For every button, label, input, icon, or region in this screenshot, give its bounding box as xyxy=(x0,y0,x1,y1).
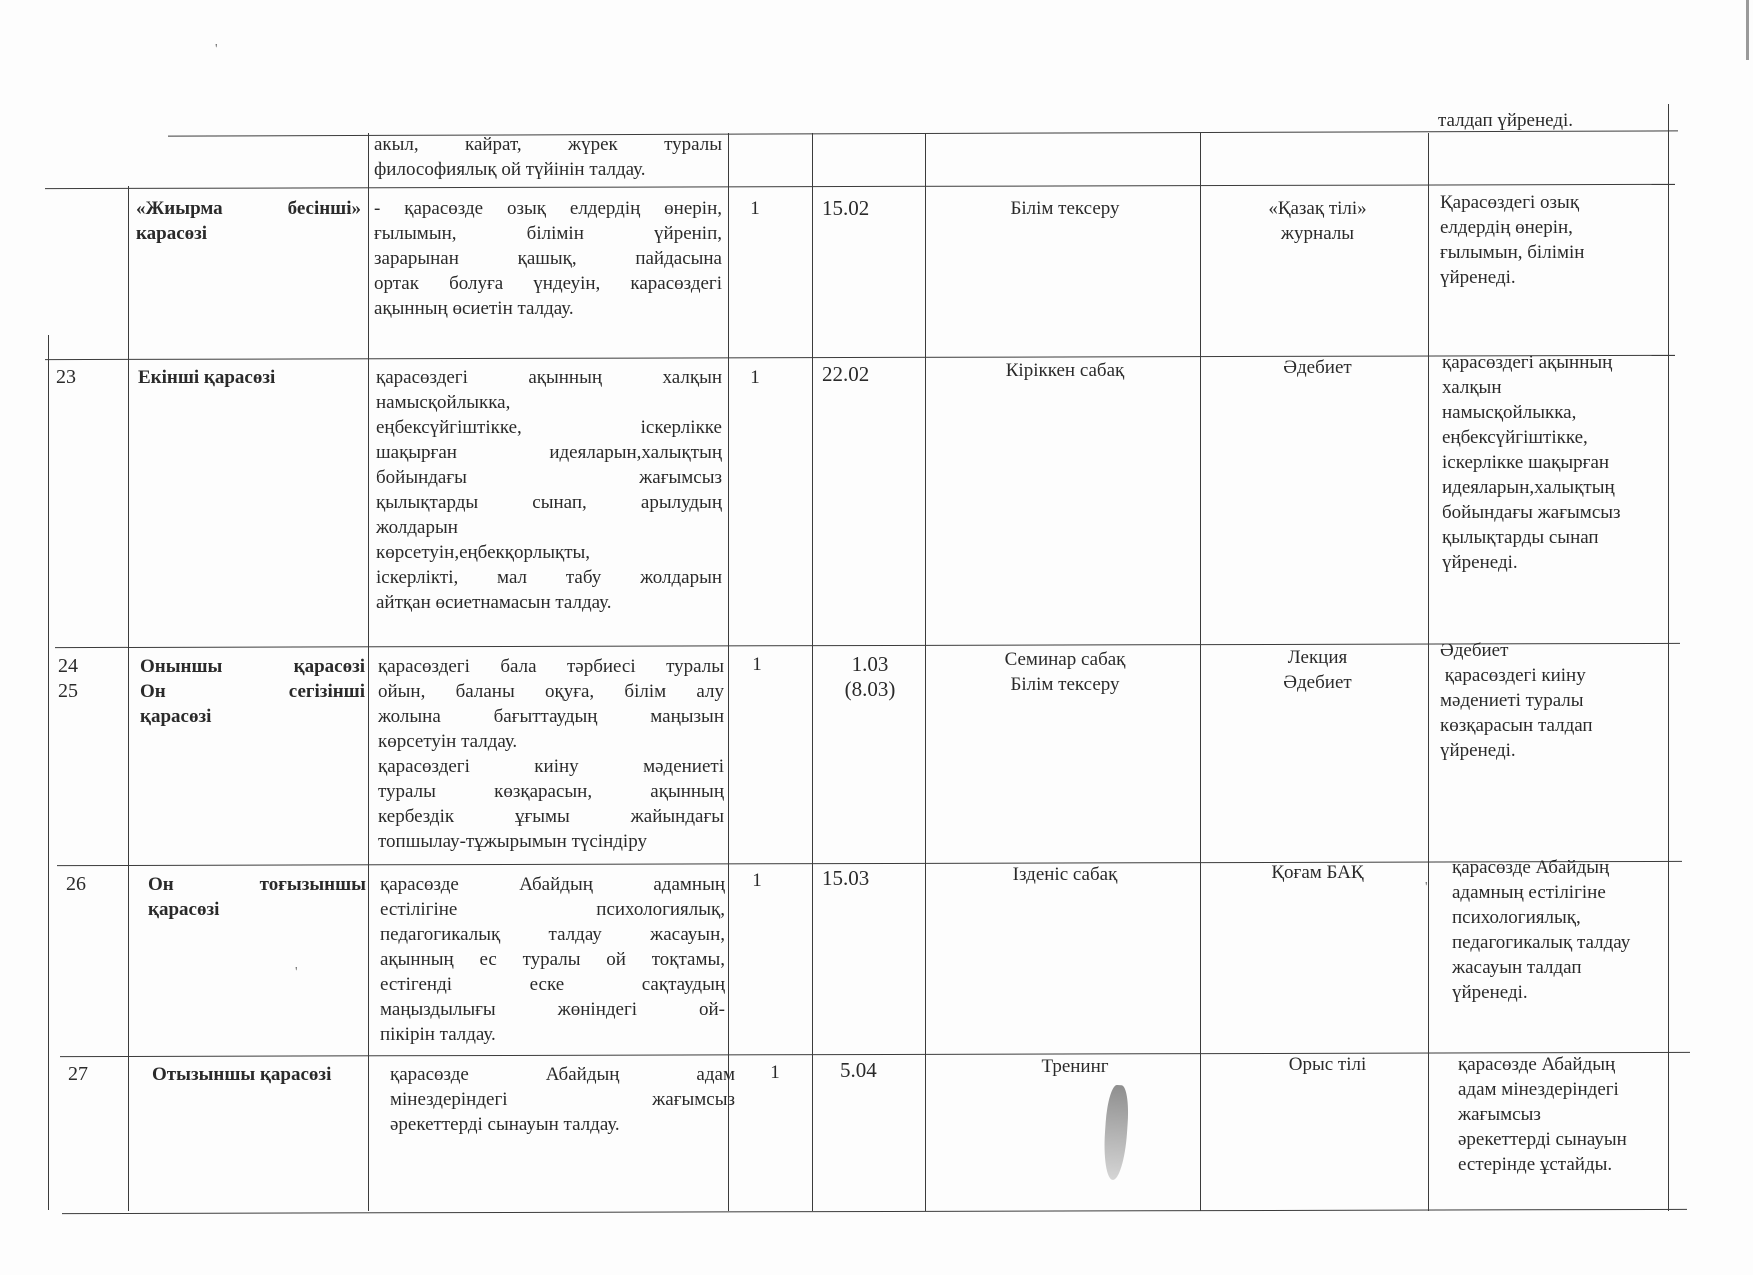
row-divider xyxy=(60,1052,1690,1057)
row4-integration: Қоғам БАҚ xyxy=(1205,860,1430,885)
col-border-left xyxy=(48,335,49,1210)
row3-integration: Лекция Әдебиет xyxy=(1205,645,1430,695)
row3-hours: 1 xyxy=(742,652,772,677)
row5-outcome: қарасөзде Абайдың адам мінездеріндегі жа… xyxy=(1458,1052,1688,1177)
row4-lesson-type: Ізденіс сабақ xyxy=(930,862,1200,887)
scan-dust-mark: ' xyxy=(295,965,298,981)
row2-goal: қарасөздегі ақынның халқын намысқойлыкка… xyxy=(376,365,722,615)
row1-integration: «Қазақ тілі» журналы xyxy=(1205,196,1430,246)
row2-integration: Әдебиет xyxy=(1205,355,1430,380)
row1-hours: 1 xyxy=(740,196,770,221)
row4-goal: қарасөзде Абайдың адамның естілігіне пси… xyxy=(380,872,725,1047)
row5-goal: қарасөзде Абайдың адам мінездеріндегі жа… xyxy=(390,1062,735,1137)
row1-goal: - қарасөзде озық елдердің өнерін, ғылымы… xyxy=(374,196,722,321)
col-border xyxy=(128,186,129,1211)
row2-number: 23 xyxy=(56,365,116,390)
row4-number: 26 xyxy=(66,872,126,897)
scan-dust-mark: ' xyxy=(1425,880,1428,896)
row5-date: 5.04 xyxy=(840,1058,940,1083)
row1-topic: «Жиырма бесінші» карасөзі xyxy=(136,196,361,246)
row5-lesson-type: Тренинг xyxy=(940,1054,1210,1079)
scan-dust-mark: ' xyxy=(215,42,218,58)
row-divider xyxy=(55,643,1680,648)
scanned-document-page: ' акыл, кайрат, жүрек туралы философиялы… xyxy=(0,0,1753,1275)
col-border xyxy=(812,133,813,1211)
row4-outcome: қарасөзде Абайдың адамның естілігіне пси… xyxy=(1452,855,1677,1005)
row4-topic: Он тоғызыншы қарасөзі xyxy=(148,872,366,922)
row3-topic: Оныншы қарасөзі Он сегізінші қарасөзі xyxy=(140,654,365,729)
col-border xyxy=(368,133,369,1211)
row2-hours: 1 xyxy=(740,365,770,390)
row4-date: 15.03 xyxy=(822,866,922,891)
col-border xyxy=(728,133,729,1211)
row-divider xyxy=(45,184,1675,189)
row3-date: 1.03 (8.03) xyxy=(815,652,925,702)
row-divider xyxy=(45,355,1675,360)
col-border xyxy=(925,133,926,1211)
scan-edge-mark xyxy=(1746,0,1749,60)
row3-numbers: 24 25 xyxy=(58,654,118,704)
row3-goal: қарасөздегі бала тәрбиесі туралы ойын, б… xyxy=(378,654,724,854)
row1-date: 15.02 xyxy=(822,196,922,221)
row1-outcome: Қарасөздегі озық елдердің өнерін, ғылымы… xyxy=(1440,190,1665,290)
ink-smudge xyxy=(1102,1084,1131,1180)
row2-topic: Екінші қарасөзі xyxy=(138,365,363,390)
row3-lesson-type: Семинар сабақ Білім тексеру xyxy=(930,647,1200,697)
row2-date: 22.02 xyxy=(822,362,922,387)
row2-lesson-type: Кіріккен сабақ xyxy=(930,358,1200,383)
row0-outcome: талдап үйренеді. xyxy=(1438,108,1663,133)
row2-outcome: қарасөздегі ақынның халқын намысқойлыкка… xyxy=(1442,350,1672,575)
row5-topic: Отызыншы қарасөзі xyxy=(152,1062,372,1087)
row5-number: 27 xyxy=(68,1062,128,1087)
row5-hours: 1 xyxy=(760,1060,790,1085)
col-border xyxy=(1200,133,1201,1211)
row0-goal: акыл, кайрат, жүрек туралы философиялық … xyxy=(374,132,722,182)
row3-outcome: Әдебиет қарасөздегі киіну мәдениеті тура… xyxy=(1440,638,1670,763)
row4-hours: 1 xyxy=(742,868,772,893)
table-border-bottom xyxy=(62,1209,1687,1214)
row5-integration: Орыс тілі xyxy=(1215,1052,1440,1077)
row1-lesson-type: Білім тексеру xyxy=(930,196,1200,221)
